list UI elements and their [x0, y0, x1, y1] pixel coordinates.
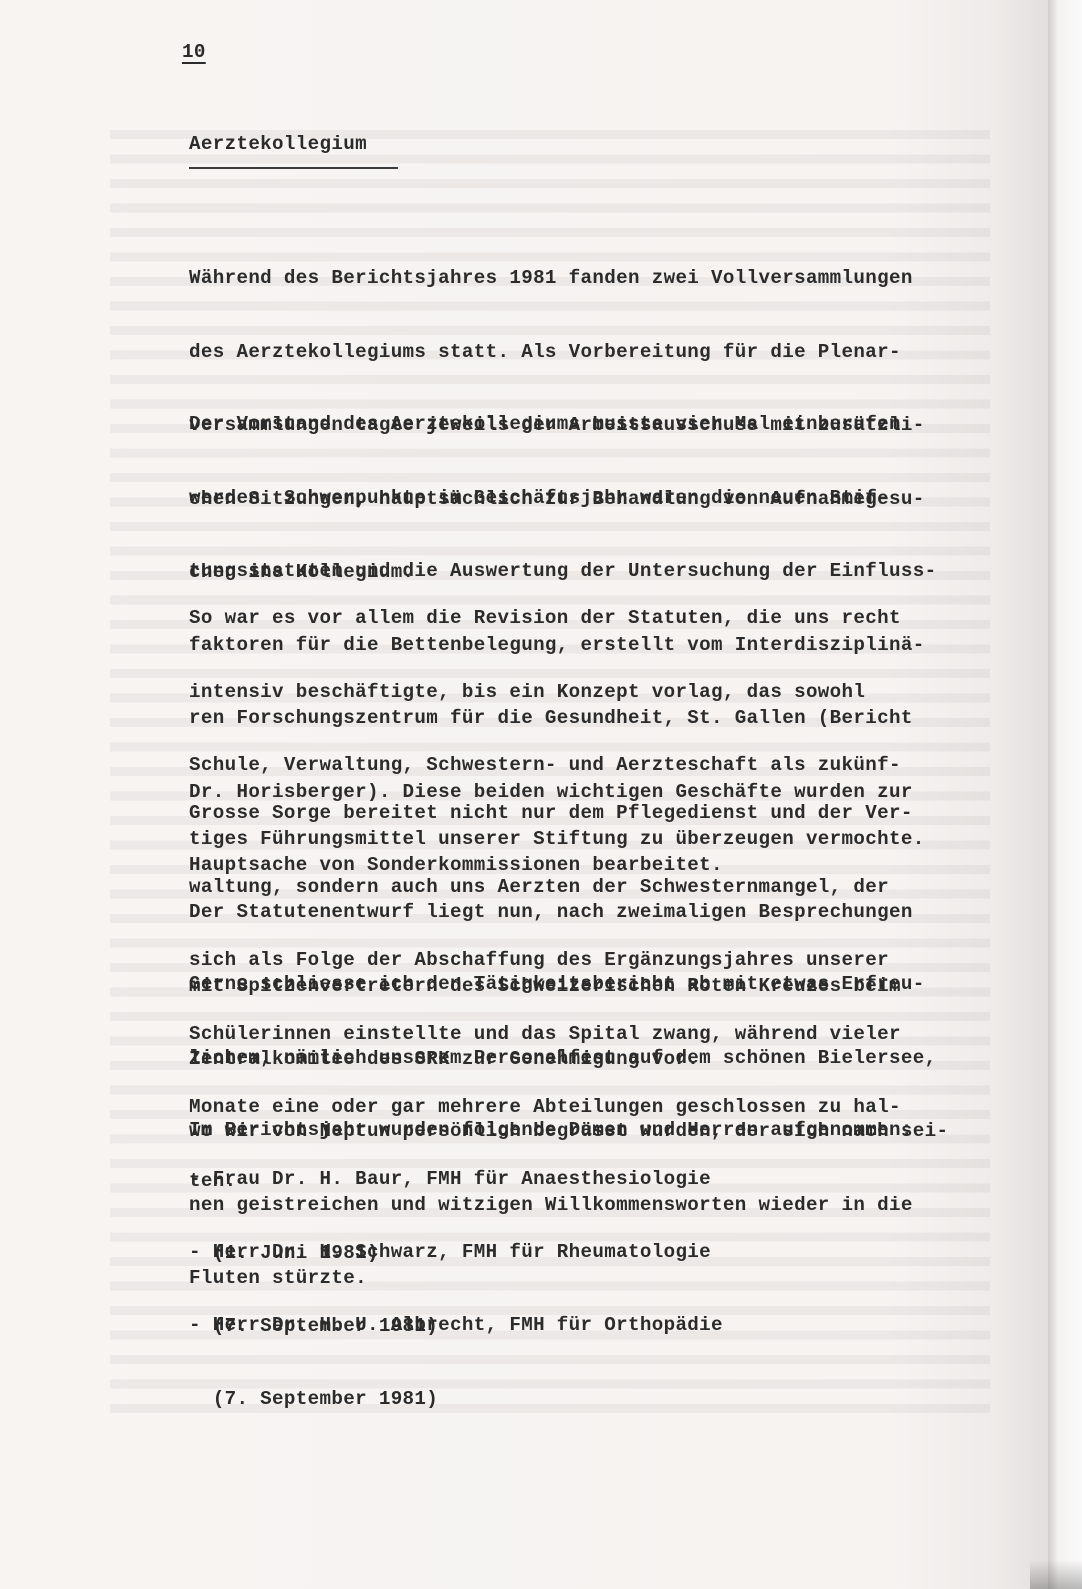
page-shadow: [1030, 1560, 1082, 1589]
member-list-item: - Herr Dr. H. U. Albrecht, FMH für Ortho…: [189, 1264, 723, 1460]
title-underline: [189, 167, 398, 169]
text-line: Der Vorstand des Aerztekollegiums musste…: [189, 412, 936, 437]
text-line: lichem, nämlich unserem Personalfest auf…: [189, 1046, 948, 1071]
member-name: - Frau Dr. H. Baur, FMH für Anaesthesiol…: [189, 1167, 711, 1192]
document-page: 10 Aerztekollegium Während des Berichtsj…: [0, 0, 1048, 1589]
text-line: Gerne schliesse ich den Tätigkeitsberich…: [189, 972, 948, 997]
text-line: waltung, sondern auch uns Aerzten der Sc…: [189, 875, 913, 900]
text-line: intensiv beschäftigte, bis ein Konzept v…: [189, 680, 925, 705]
member-name: - Herr Dr. H. Schwarz, FMH für Rheumatol…: [189, 1240, 711, 1265]
member-name: - Herr Dr. H. U. Albrecht, FMH für Ortho…: [189, 1313, 723, 1338]
page-number: 10: [182, 40, 206, 65]
text-line: Grosse Sorge bereitet nicht nur dem Pfle…: [189, 801, 913, 826]
member-date: (7. September 1981): [189, 1387, 723, 1412]
text-line: Während des Berichtsjahres 1981 fanden z…: [189, 266, 925, 291]
text-line: So war es vor allem die Revision der Sta…: [189, 606, 925, 631]
section-title: Aerztekollegium: [189, 132, 367, 157]
page-edge: [1048, 0, 1082, 1589]
text-line: des Aerztekollegiums statt. Als Vorberei…: [189, 340, 925, 365]
text-line: werden. Schwerpunkte im Geschäftsjahr wa…: [189, 486, 936, 511]
